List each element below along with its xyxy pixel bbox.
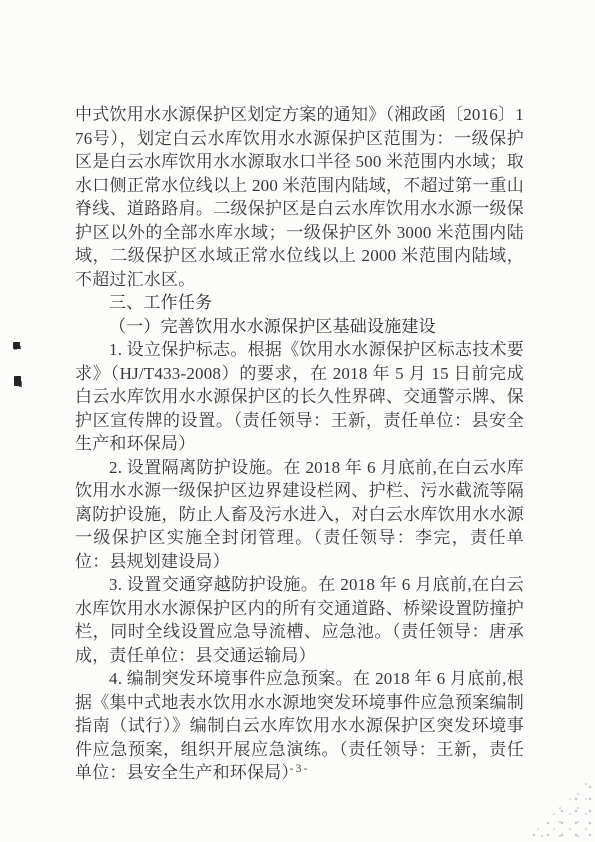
task-item-3: 3. 设置交通穿越防护设施。在 2018 年 6 月底前,在白云水库饮用水水源保… [75, 573, 524, 667]
scan-noise-corner [517, 772, 595, 842]
binding-mark-bottom [14, 376, 21, 386]
document-page: 中式饮用水水源保护区划定方案的通知》（湘政函〔2016〕176号），划定白云水库… [0, 0, 595, 842]
intro-paragraph: 中式饮用水水源保护区划定方案的通知》（湘政函〔2016〕176号），划定白云水库… [75, 103, 524, 291]
task-item-2: 2. 设置隔离防护设施。在 2018 年 6 月底前,在白云水库饮用水水源一级保… [75, 456, 524, 574]
page-number: -3- [290, 761, 310, 775]
section-heading: 三、工作任务 [75, 291, 524, 315]
binding-mark-top [13, 342, 20, 349]
document-body: 中式饮用水水源保护区划定方案的通知》（湘政函〔2016〕176号），划定白云水库… [75, 103, 524, 785]
task-item-1: 1. 设立保护标志。根据《饮用水水源保护区标志技术要求》（HJ/T433-200… [75, 338, 524, 456]
subsection-heading: （一）完善饮用水水源保护区基础设施建设 [75, 315, 524, 339]
page-footer: -3- [75, 759, 524, 777]
